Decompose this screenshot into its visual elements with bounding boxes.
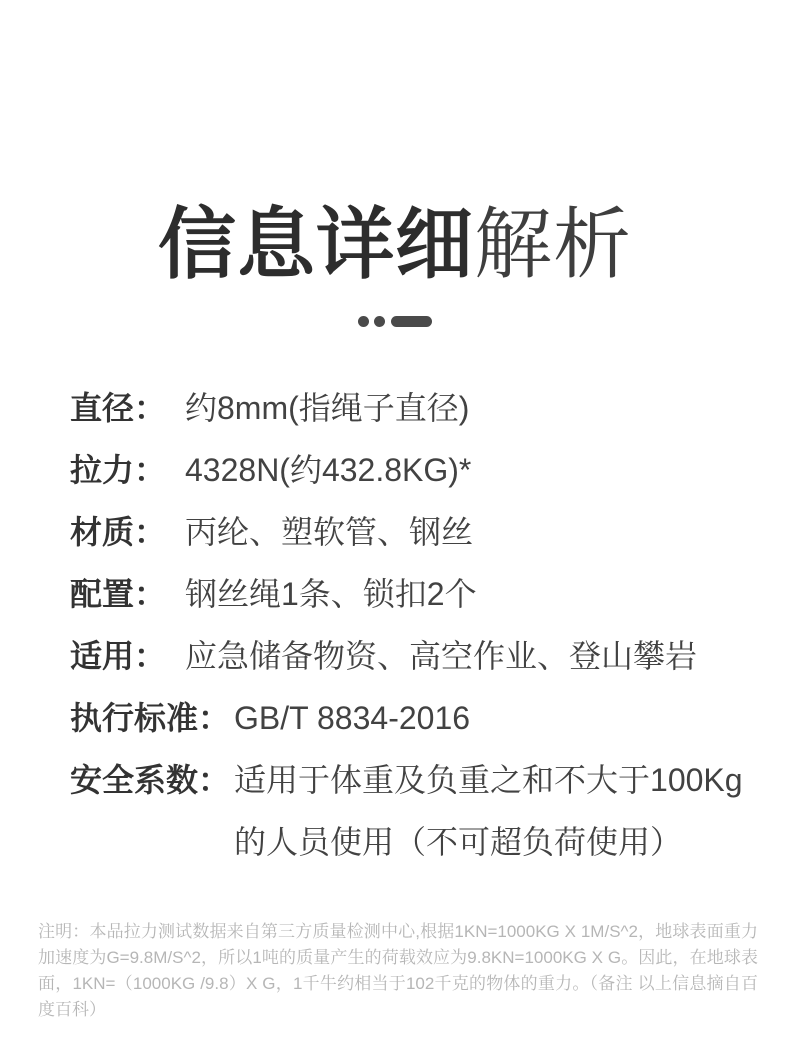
ornament-dot-icon <box>358 316 369 327</box>
ornament-dots-dash <box>0 316 790 327</box>
spec-label: 执行标准： <box>70 687 230 749</box>
spec-label: 直径： <box>70 377 181 439</box>
spec-row-application: 适用： 应急储备物资、高空作业、登山攀岩 <box>70 625 750 687</box>
ornament-dot-icon <box>374 316 385 327</box>
ornament-dash-icon <box>391 316 432 327</box>
spec-value: 适用于体重及负重之和不大于100Kg的人员使用（不可超负荷使用） <box>234 749 746 873</box>
spec-label: 安全系数： <box>70 749 230 811</box>
spec-value: GB/T 8834-2016 <box>234 687 470 749</box>
spec-row-configuration: 配置： 钢丝绳1条、锁扣2个 <box>70 563 750 625</box>
spec-value: 约8mm(指绳子直径) <box>185 377 469 439</box>
spec-value: 应急储备物资、高空作业、登山攀岩 <box>185 625 697 687</box>
spec-label: 拉力： <box>70 439 181 501</box>
spec-value: 丙纶、塑软管、钢丝 <box>185 501 473 563</box>
spec-label: 配置： <box>70 563 181 625</box>
spec-row-standard: 执行标准： GB/T 8834-2016 <box>70 687 750 749</box>
spec-value: 钢丝绳1条、锁扣2个 <box>185 563 477 625</box>
page-title: 信息详细解析 <box>0 200 790 290</box>
footnote-text: 注明：本品拉力测试数据来自第三方质量检测中心,根据1KN=1000KG X 1M… <box>38 919 758 1023</box>
product-info-page: 信息详细解析 直径： 约8mm(指绳子直径) 拉力： 4328N(约432.8K… <box>0 0 790 1058</box>
spec-list: 直径： 约8mm(指绳子直径) 拉力： 4328N(约432.8KG)* 材质：… <box>70 377 750 873</box>
spec-label: 适用： <box>70 625 181 687</box>
spec-row-tension: 拉力： 4328N(约432.8KG)* <box>70 439 750 501</box>
spec-label: 材质： <box>70 501 181 563</box>
spec-row-safety-factor: 安全系数： 适用于体重及负重之和不大于100Kg的人员使用（不可超负荷使用） <box>70 749 750 873</box>
spec-value: 4328N(约432.8KG)* <box>185 439 471 501</box>
spec-row-diameter: 直径： 约8mm(指绳子直径) <box>70 377 750 439</box>
page-title-light: 解析 <box>474 200 632 288</box>
spec-row-material: 材质： 丙纶、塑软管、钢丝 <box>70 501 750 563</box>
page-title-bold: 信息详细 <box>158 200 474 288</box>
